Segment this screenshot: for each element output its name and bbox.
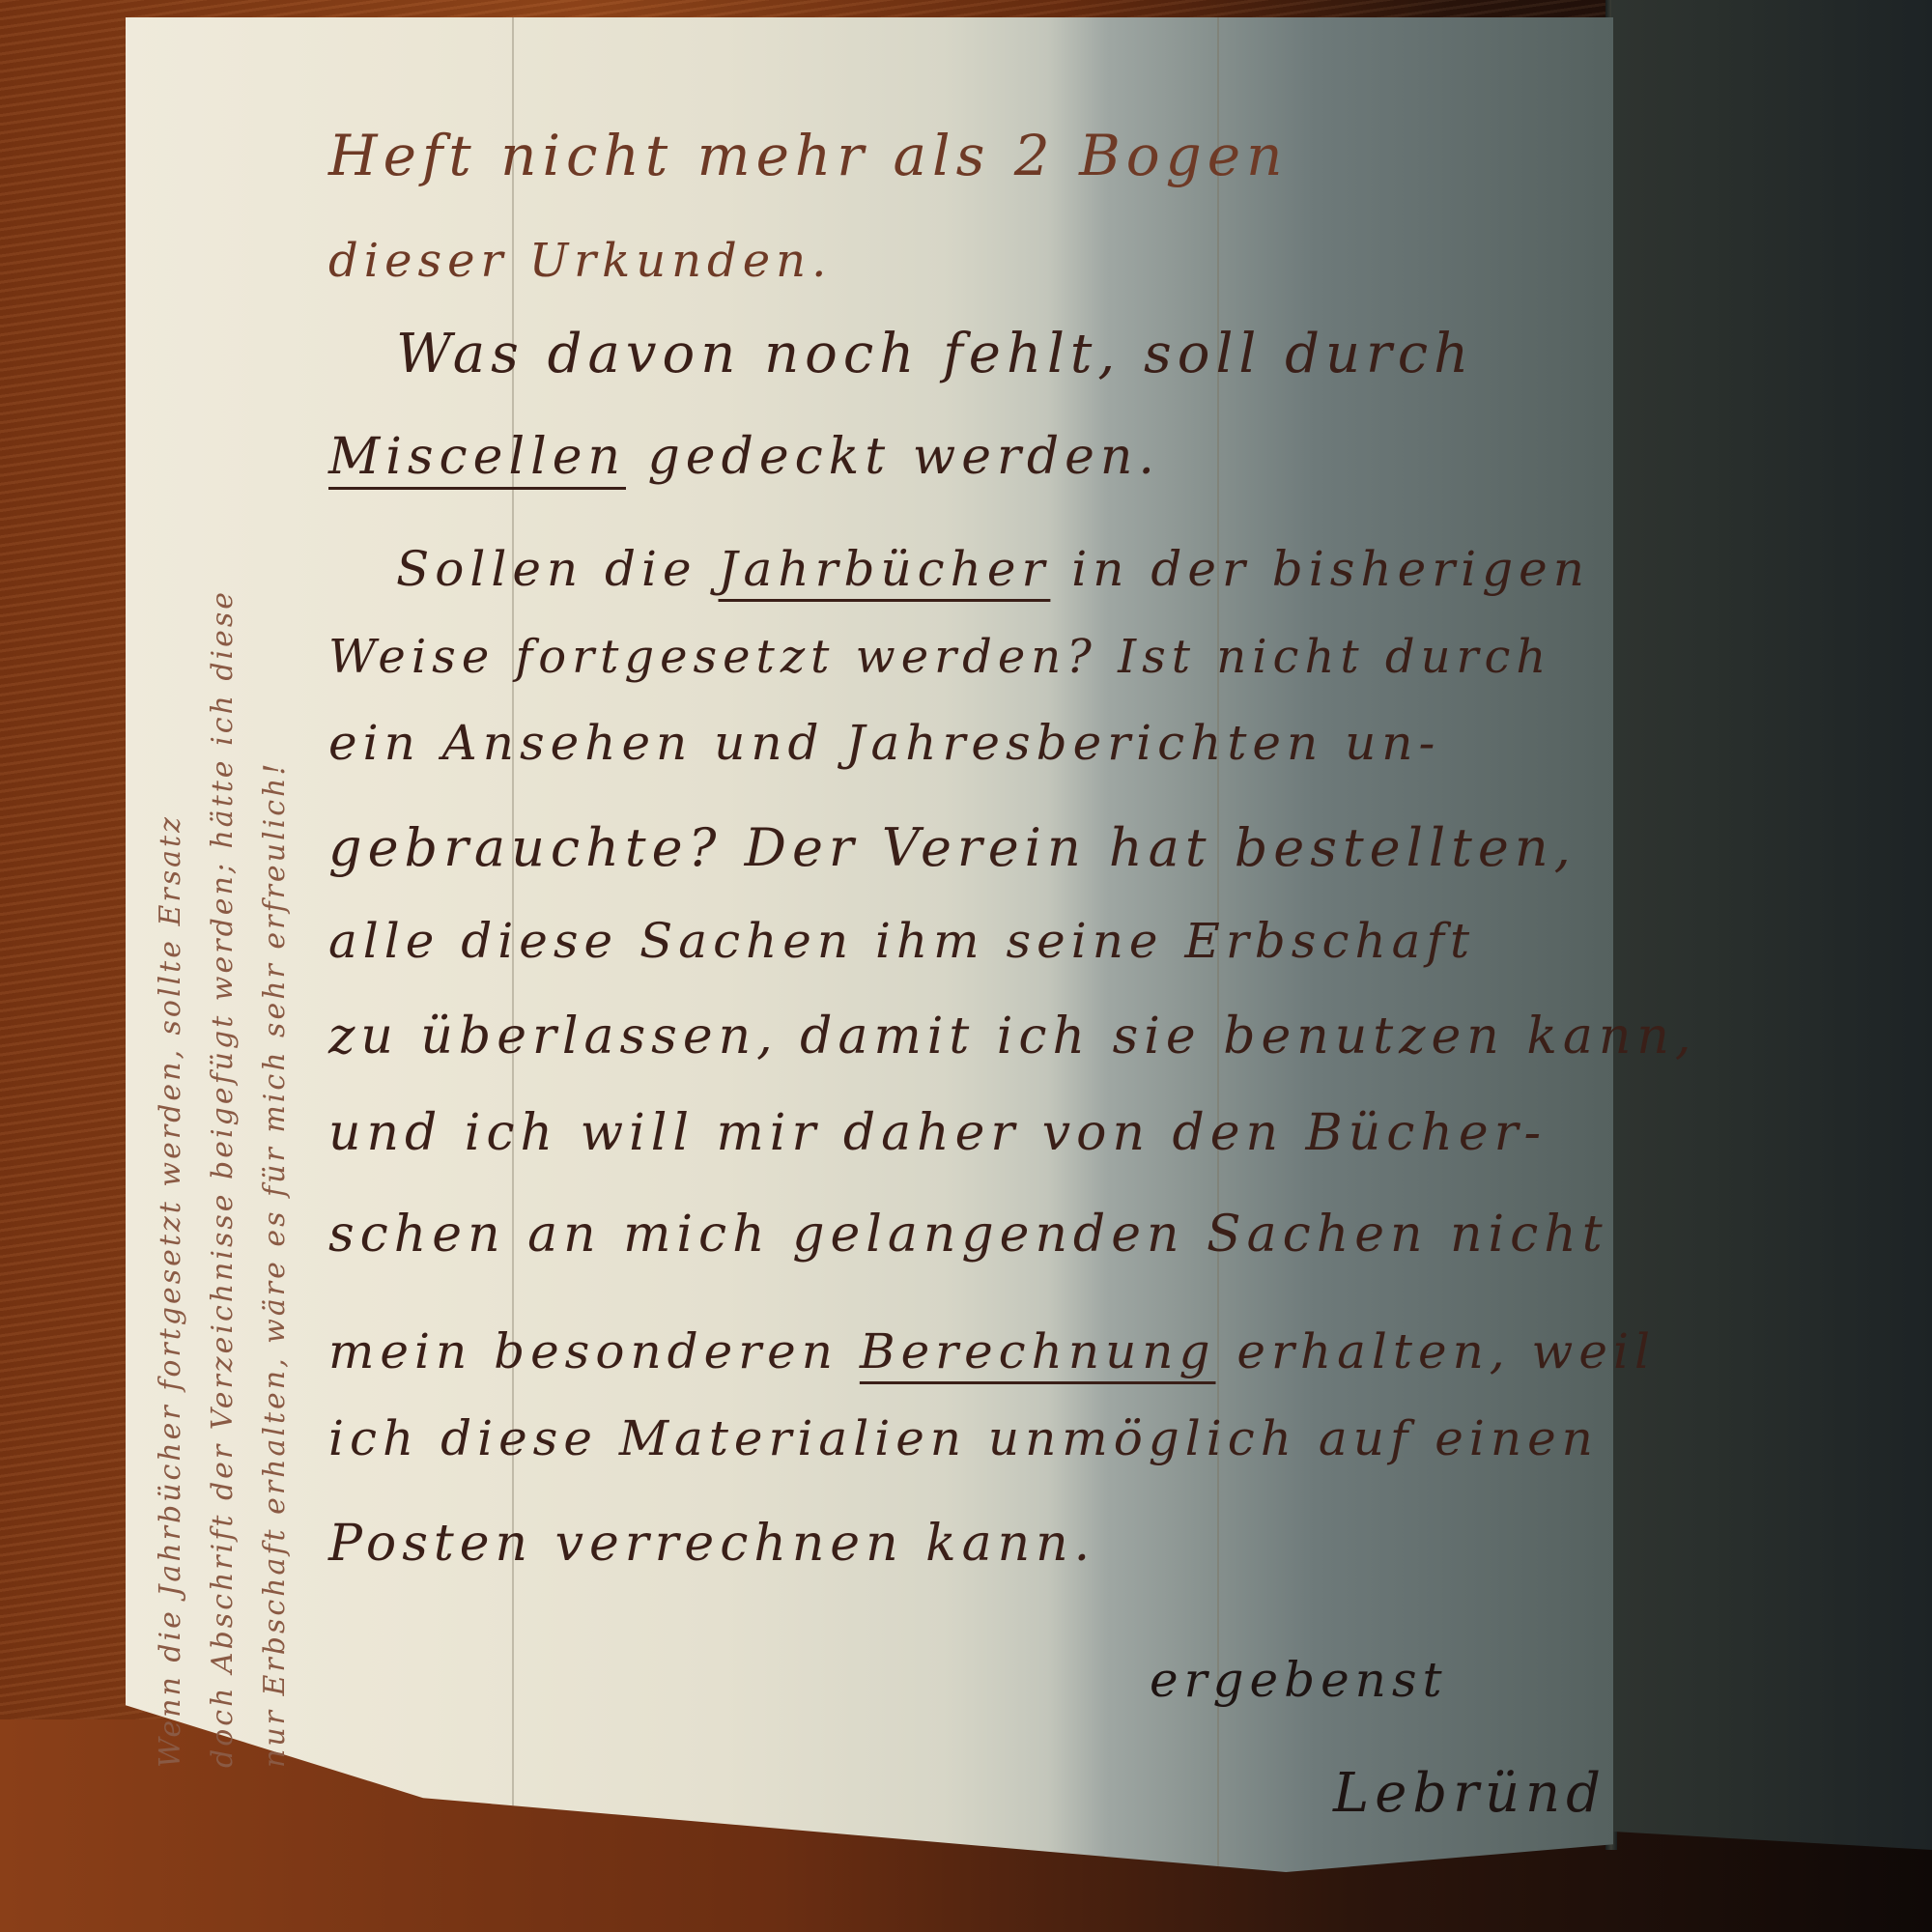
line-text: alle diese Sachen ihm seine Erbschaft <box>328 913 1475 969</box>
line-text: zu überlassen, damit ich sie benutzen ka… <box>328 1008 1696 1065</box>
letter-line: Weise fortgesetzt werden? Ist nicht durc… <box>328 630 1551 684</box>
line-text: Posten verrechnen kann. <box>328 1515 1095 1573</box>
photo-scene: Heft nicht mehr als 2 Bogen dieser Urkun… <box>0 0 1932 1932</box>
letter-line: Miscellen gedeckt werden. <box>328 428 1160 486</box>
letter-line: ich diese Materialien unmöglich auf eine… <box>328 1410 1599 1466</box>
closing-salutation: ergebenst <box>1150 1652 1448 1708</box>
letter-line: schen an mich gelangenden Sachen nicht <box>328 1206 1608 1264</box>
line-text: Was davon noch fehlt, soll durch <box>396 323 1474 385</box>
margin-note-line: doch Abschrift der Verzeichnisse beigefü… <box>197 512 249 1768</box>
margin-note-vertical: Wenn die Jahrbücher fortgesetzt werden, … <box>145 512 301 1768</box>
letter-line: Sollen die Jahrbücher in der bisherigen <box>396 541 1590 597</box>
letter-line: alle diese Sachen ihm seine Erbschaft <box>328 913 1475 969</box>
line-text: ein Ansehen und Jahresberichten un- <box>328 715 1440 771</box>
letter-line: ein Ansehen und Jahresberichten un- <box>328 715 1440 771</box>
letter-line: Was davon noch fehlt, soll durch <box>396 323 1474 385</box>
line-text: Sollen die Jahrbücher in der bisherigen <box>396 541 1590 597</box>
line-text: Weise fortgesetzt werden? Ist nicht durc… <box>328 630 1551 684</box>
letter-line: dieser Urkunden. <box>328 234 832 288</box>
line-text: schen an mich gelangenden Sachen nicht <box>328 1206 1608 1264</box>
adjacent-dark-page <box>1611 0 1932 1850</box>
letter-line: Posten verrechnen kann. <box>328 1515 1095 1573</box>
line-text: und ich will mir daher von den Bücher- <box>328 1104 1547 1162</box>
signature: Lebründ <box>1333 1762 1606 1825</box>
margin-note-line: Wenn die Jahrbücher fortgesetzt werden, … <box>145 512 197 1768</box>
closing-text: ergebenst <box>1150 1652 1448 1708</box>
signature-text: Lebründ <box>1333 1762 1606 1825</box>
line-text: ich diese Materialien unmöglich auf eine… <box>328 1410 1599 1466</box>
line-text: mein besonderen Berechnung erhalten, wei… <box>328 1323 1656 1379</box>
underlined-word: Berechnung <box>860 1323 1216 1379</box>
letter-line: zu überlassen, damit ich sie benutzen ka… <box>328 1008 1696 1065</box>
underlined-word: Jahrbücher <box>719 541 1051 597</box>
letter-line: mein besonderen Berechnung erhalten, wei… <box>328 1323 1656 1379</box>
line-text: gebrauchte? Der Verein hat bestellten, <box>328 817 1577 878</box>
letter-line: gebrauchte? Der Verein hat bestellten, <box>328 817 1577 878</box>
margin-note-line: nur Erbschaft erhalten, wäre es für mich… <box>249 512 301 1768</box>
letter-line: und ich will mir daher von den Bücher- <box>328 1104 1547 1162</box>
line-text: Miscellen gedeckt werden. <box>328 428 1160 486</box>
line-text: dieser Urkunden. <box>328 234 832 288</box>
letter-line: Heft nicht mehr als 2 Bogen <box>328 123 1288 188</box>
line-text: Heft nicht mehr als 2 Bogen <box>328 123 1288 188</box>
underlined-word: Miscellen <box>328 428 626 486</box>
